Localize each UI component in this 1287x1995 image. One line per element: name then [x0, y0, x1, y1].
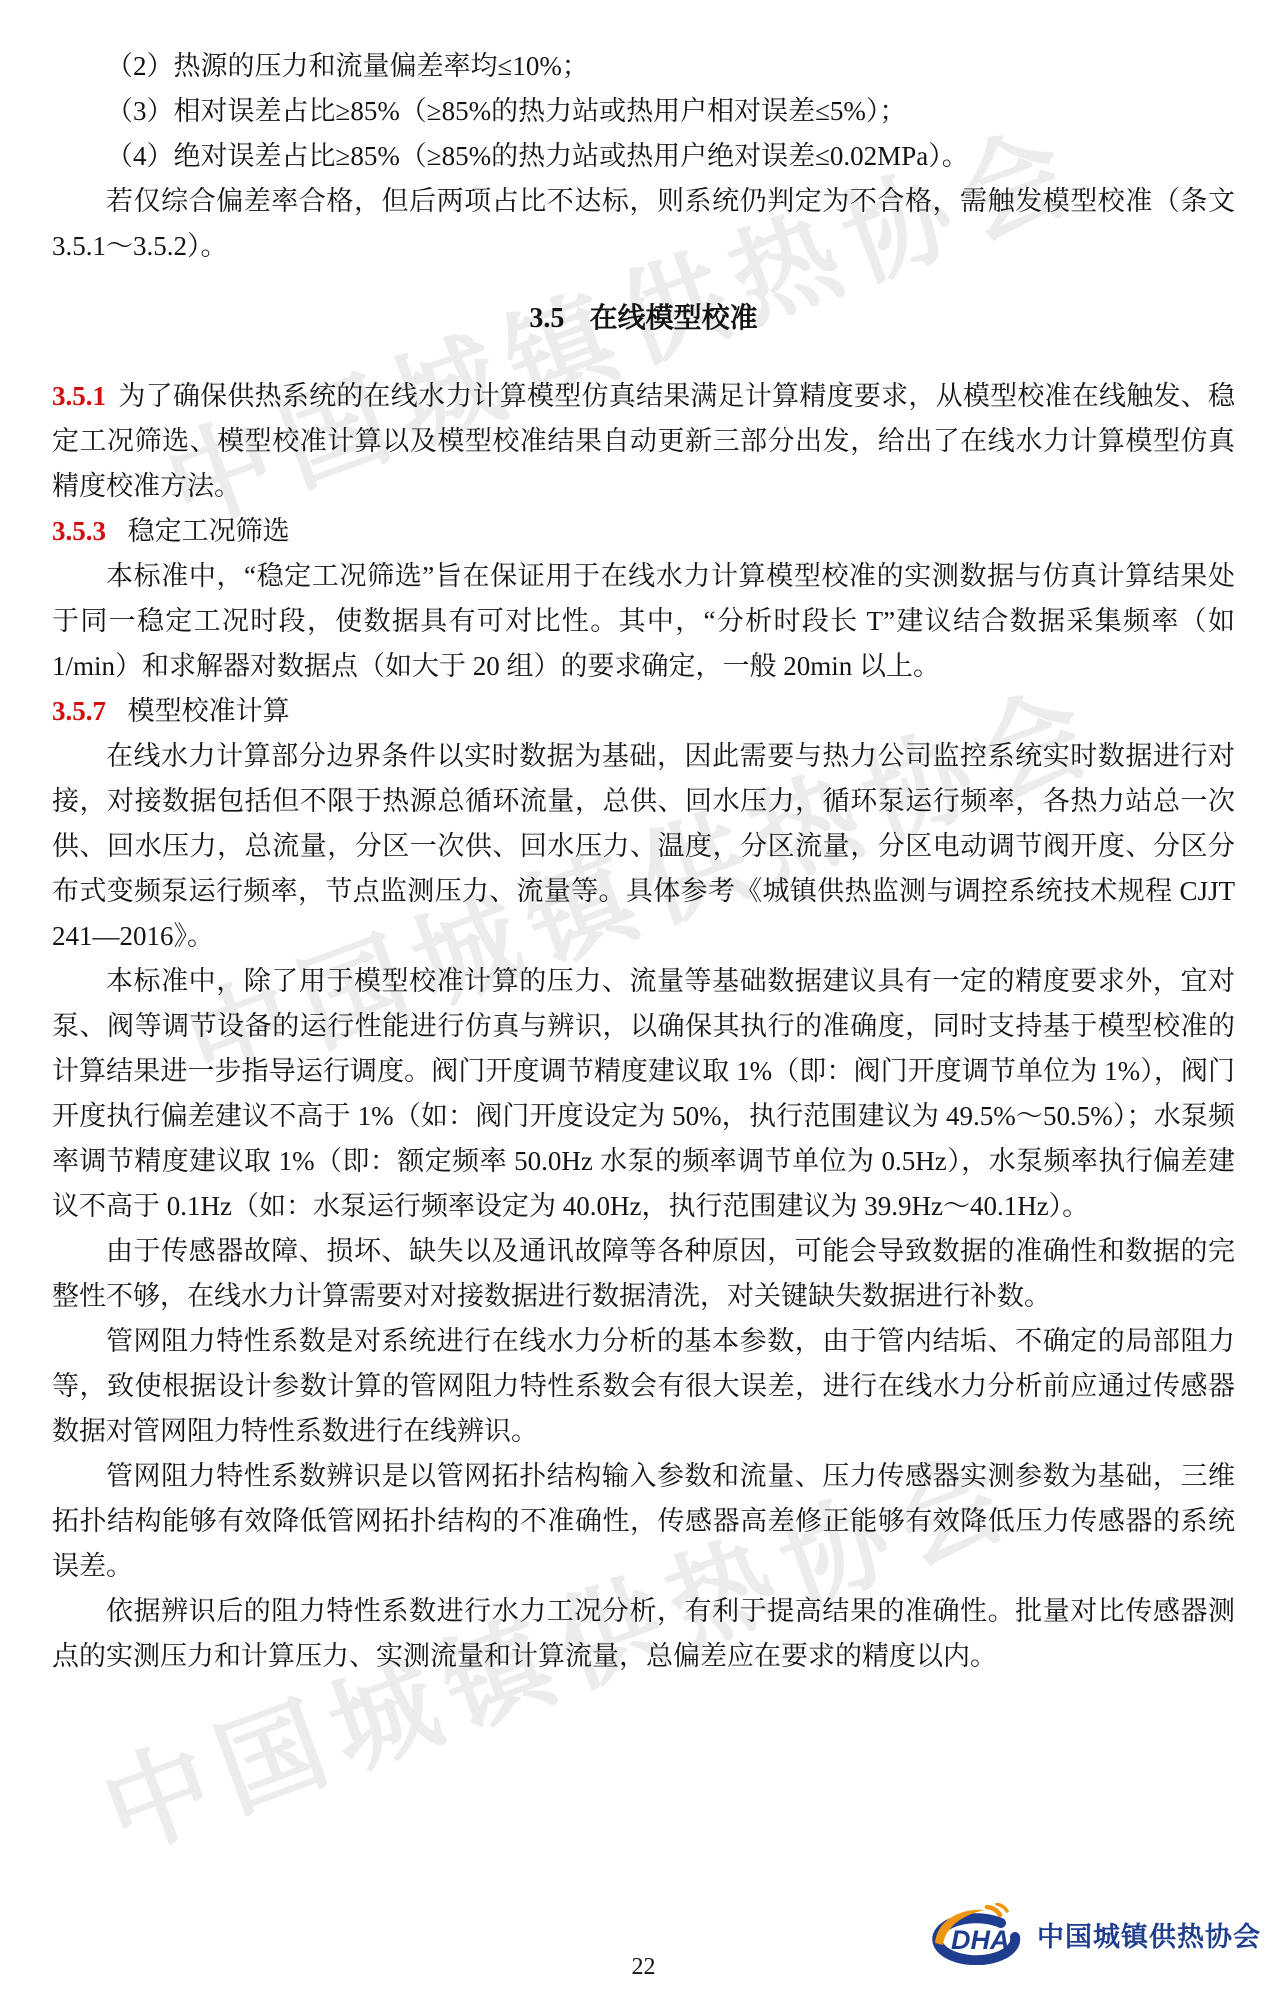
clause-3-5-7-heading: 3.5.7模型校准计算: [52, 689, 1235, 734]
clause-3-5-7-number: 3.5.7: [52, 696, 106, 726]
clause-3-5-3-paragraph: 本标准中，“稳定工况筛选”旨在保证用于在线水力计算模型校准的实测数据与仿真计算结…: [52, 554, 1235, 689]
list-item-4: （4）绝对误差占比≥85%（≥85%的热力站或热用户绝对误差≤0.02MPa）。: [52, 134, 1235, 179]
document-page: 中国城镇供热协会 中国城镇供热协会 中国城镇供热协会 （2）热源的压力和流量偏差…: [0, 0, 1287, 1995]
clause-3-5-3-title: 稳定工况筛选: [128, 516, 290, 546]
cdha-logo-name: 中国城镇供热协会: [1037, 1915, 1261, 1954]
clause-3-5-7-paragraph: 管网阻力特性系数辨识是以管网拓扑结构输入参数和流量、压力传感器实测参数为基础，三…: [52, 1454, 1235, 1589]
page-number: 22: [0, 1954, 1287, 1981]
clause-3-5-7-paragraph: 本标准中，除了用于模型校准计算的压力、流量等基础数据建议具有一定的精度要求外，宜…: [52, 959, 1235, 1229]
cdha-logo-acronym: DHA: [951, 1925, 1010, 1955]
clause-3-5-3-heading: 3.5.3稳定工况筛选: [52, 509, 1235, 554]
clause-3-5-1-text: 为了确保供热系统的在线水力计算模型仿真结果满足计算精度要求，从模型校准在线触发、…: [52, 381, 1235, 501]
clause-3-5-1-number: 3.5.1: [52, 381, 106, 411]
list-item-2: （2）热源的压力和流量偏差率均≤10%；: [52, 44, 1235, 89]
clause-3-5-3-number: 3.5.3: [52, 516, 106, 546]
clause-3-5-1: 3.5.1为了确保供热系统的在线水力计算模型仿真结果满足计算精度要求，从模型校准…: [52, 374, 1235, 509]
clause-3-5-7-paragraph: 管网阻力特性系数是对系统进行在线水力分析的基本参数，由于管内结垢、不确定的局部阻…: [52, 1319, 1235, 1454]
clause-3-5-7-paragraph: 在线水力计算部分边界条件以实时数据为基础，因此需要与热力公司监控系统实时数据进行…: [52, 734, 1235, 959]
clause-3-5-7-title: 模型校准计算: [128, 696, 290, 726]
section-heading-number: 3.5: [529, 303, 564, 334]
clause-3-5-7-paragraph: 由于传感器故障、损坏、缺失以及通讯故障等各种原因，可能会导致数据的准确性和数据的…: [52, 1229, 1235, 1319]
section-heading-title: 在线模型校准: [590, 303, 758, 334]
page-content: （2）热源的压力和流量偏差率均≤10%； （3）相对误差占比≥85%（≥85%的…: [52, 0, 1235, 1679]
section-heading: 3.5在线模型校准: [52, 296, 1235, 341]
note-paragraph: 若仅综合偏差率合格，但后两项占比不达标，则系统仍判定为不合格，需触发模型校准（条…: [52, 179, 1235, 269]
list-item-3: （3）相对误差占比≥85%（≥85%的热力站或热用户相对误差≤5%）；: [52, 89, 1235, 134]
clause-3-5-7-paragraph: 依据辨识后的阻力特性系数进行水力工况分析，有利于提高结果的准确性。批量对比传感器…: [52, 1589, 1235, 1679]
